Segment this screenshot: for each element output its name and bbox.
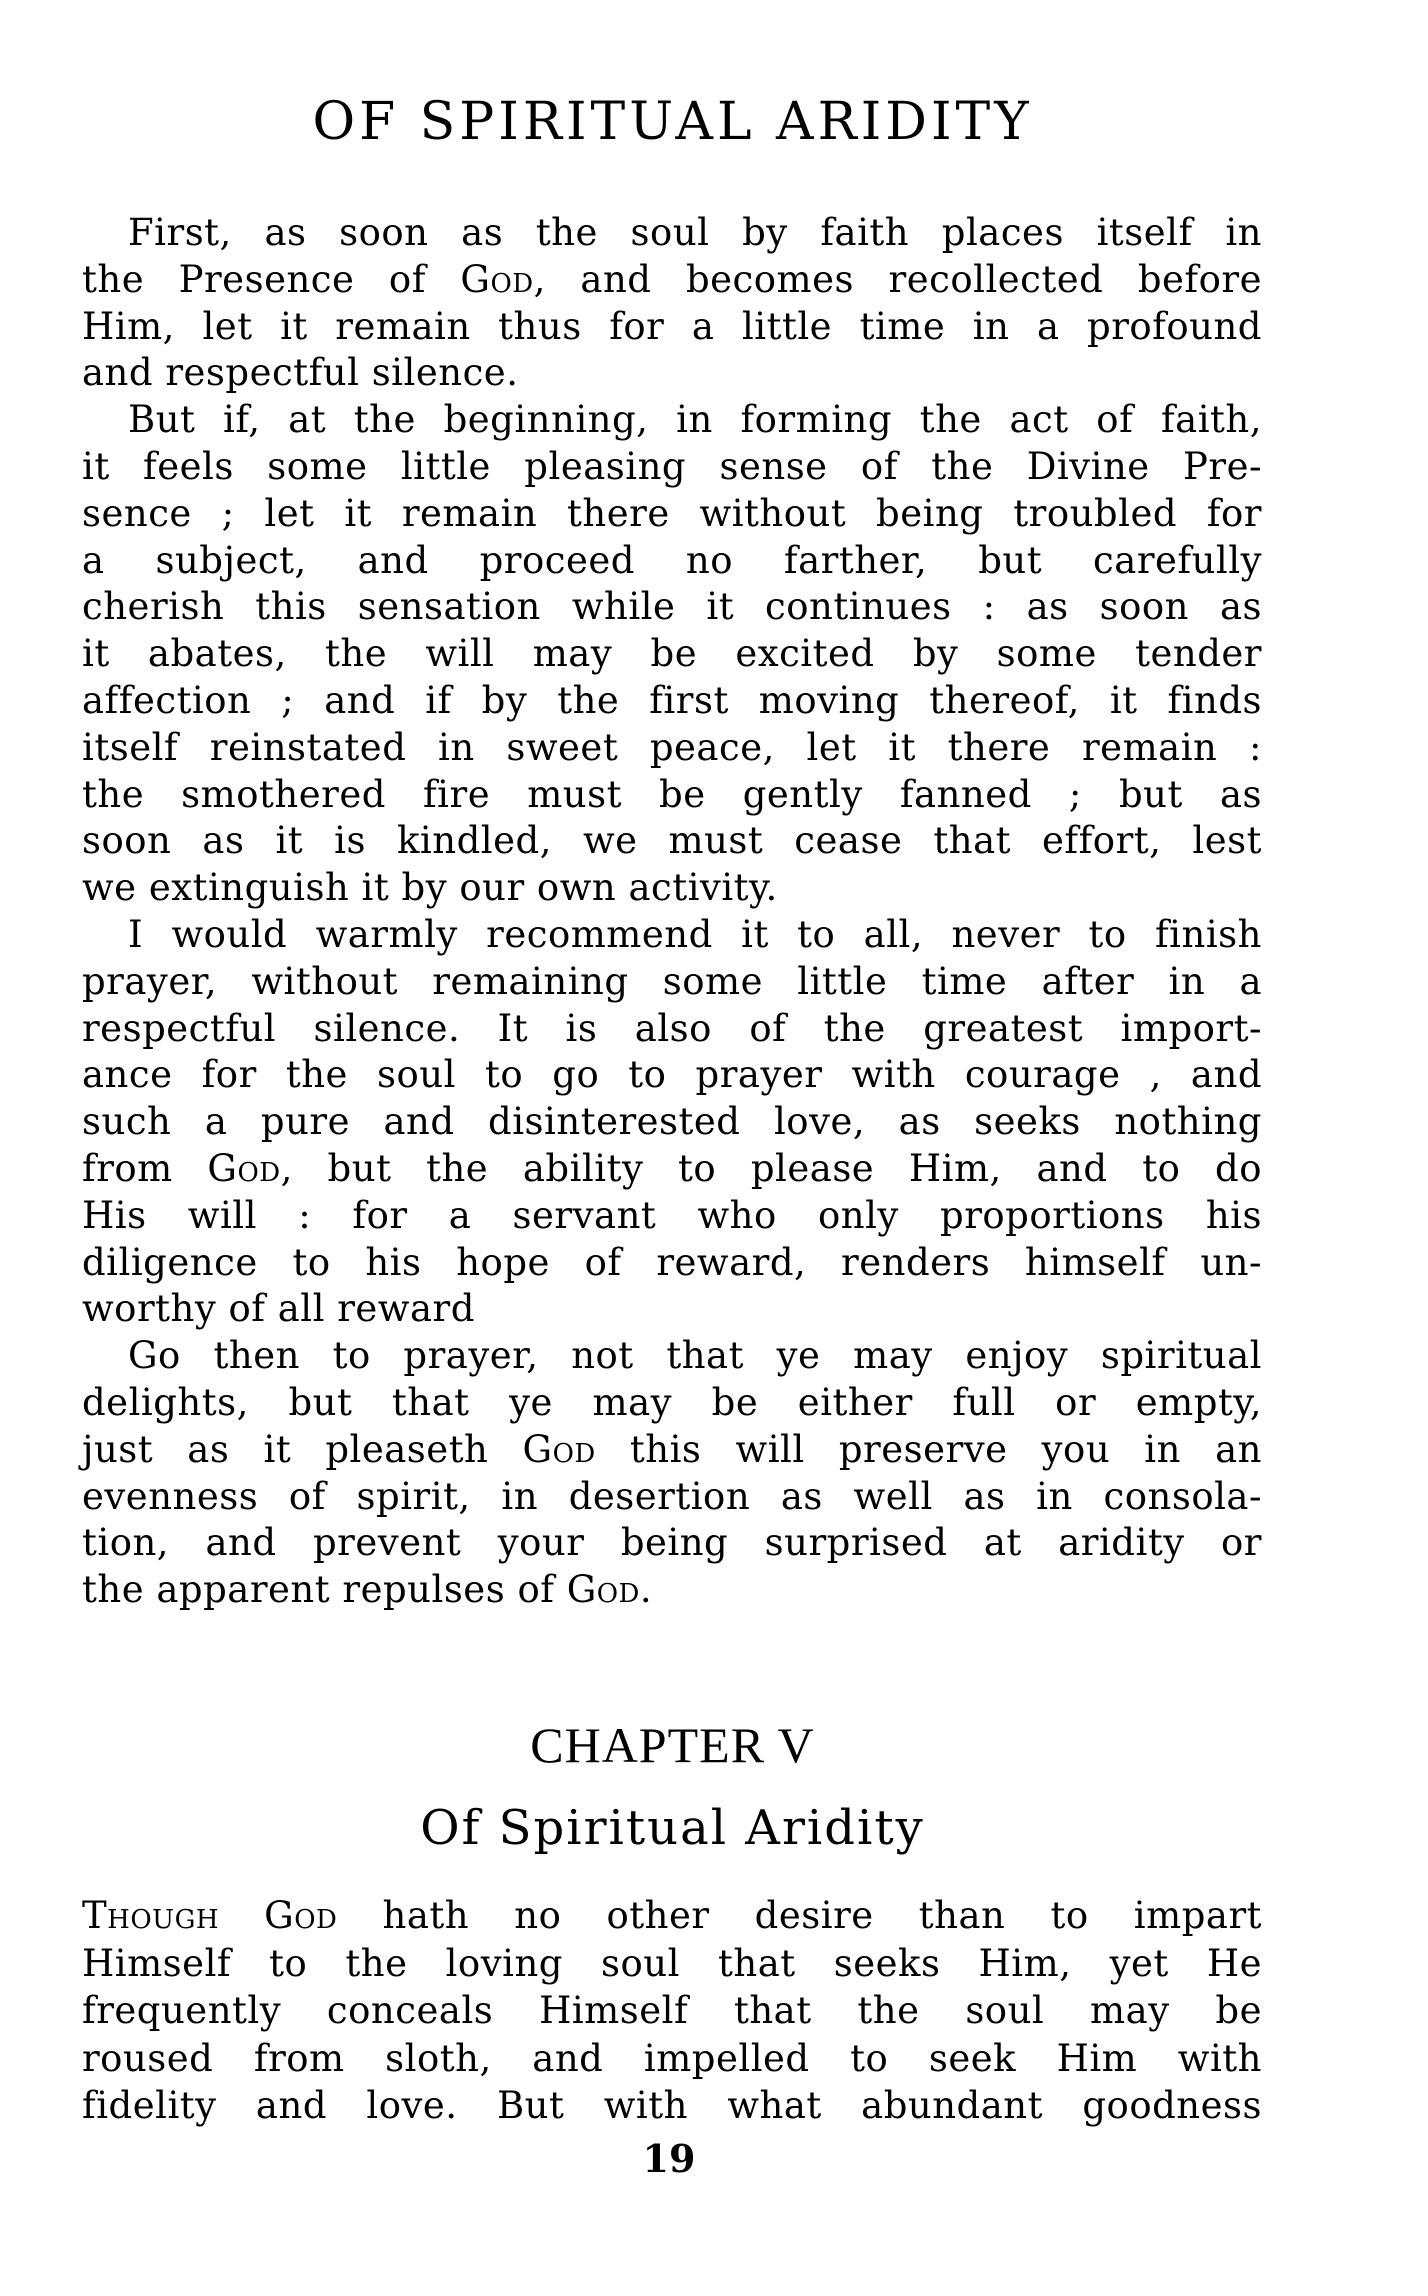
text-segment: the smothered fire must be gently fanned… <box>82 773 1262 816</box>
text-line: fidelity and love. But with what abundan… <box>82 2082 1262 2129</box>
small-caps-word: God <box>207 1147 280 1190</box>
text-segment: prayer, without remaining some little ti… <box>82 960 1262 1003</box>
text-segment: diligence to his hope of reward, renders… <box>82 1241 1262 1284</box>
text-line: affection ; and if by the first moving t… <box>82 677 1262 724</box>
text-line: it abates, the will may be excited by so… <box>82 630 1262 677</box>
text-segment: respectful silence. It is also of the gr… <box>82 1007 1262 1050</box>
text-segment: His will : for a servant who only propor… <box>82 1194 1262 1237</box>
text-line: ance for the soul to go to prayer with c… <box>82 1051 1262 1098</box>
text-segment: roused from sloth, and impelled to seek … <box>82 2037 1262 2080</box>
text-segment: just as it pleaseth <box>82 1428 523 1471</box>
text-segment: this will preserve you in an <box>596 1428 1262 1471</box>
text-line: frequently conceals Himself that the sou… <box>82 1987 1262 2034</box>
text-segment: Himself to the loving soul that seeks Hi… <box>82 1942 1262 1985</box>
small-caps-word: Though <box>82 1894 219 1937</box>
small-caps-word: God <box>567 1568 640 1611</box>
text-line: respectful silence. It is also of the gr… <box>82 1005 1262 1052</box>
text-line: the smothered fire must be gently fanned… <box>82 771 1262 818</box>
text-segment: we extinguish it by our own activity. <box>82 866 778 909</box>
running-head: OF SPIRITUAL ARIDITY <box>0 92 1345 152</box>
text-line: evenness of spirit, in desertion as well… <box>82 1473 1262 1520</box>
text-line: the apparent repulses of God. <box>82 1566 1262 1613</box>
text-segment: . <box>640 1568 652 1611</box>
text-line: worthy of all reward <box>82 1285 1262 1332</box>
text-segment: tion, and prevent your being surprised a… <box>82 1521 1262 1564</box>
text-segment: affection ; and if by the first moving t… <box>82 679 1262 722</box>
text-line: such a pure and disinterested love, as s… <box>82 1098 1262 1145</box>
text-line: Though God hath no other desire than to … <box>82 1892 1262 1939</box>
text-segment: sence ; let it remain there without bein… <box>82 492 1262 535</box>
text-line: it feels some little pleasing sense of t… <box>82 443 1262 490</box>
text-segment: evenness of spirit, in desertion as well… <box>82 1475 1262 1518</box>
text-line: Go then to prayer, not that ye may enjoy… <box>128 1332 1262 1379</box>
text-line: sence ; let it remain there without bein… <box>82 490 1262 537</box>
text-segment: hath no other desire than to impart <box>337 1894 1262 1937</box>
chapter-label: CHAPTER V <box>0 1720 1345 1770</box>
text-segment: a subject, and proceed no farther, but c… <box>82 539 1262 582</box>
text-segment: such a pure and disinterested love, as s… <box>82 1100 1262 1143</box>
text-segment: and respectful silence. <box>82 351 518 394</box>
text-segment: frequently conceals Himself that the sou… <box>82 1989 1262 2032</box>
text-segment: I would warmly recommend it to all, neve… <box>128 913 1262 956</box>
text-segment: the apparent repulses of <box>82 1568 567 1611</box>
text-segment: , and becomes recollected before <box>534 258 1262 301</box>
text-segment: worthy of all reward <box>82 1287 475 1330</box>
text-line: I would warmly recommend it to all, neve… <box>128 911 1262 958</box>
text-segment: soon as it is kindled, we must cease tha… <box>82 819 1262 862</box>
text-segment: the Presence of <box>82 258 460 301</box>
text-line: tion, and prevent your being surprised a… <box>82 1519 1262 1566</box>
text-segment: , but the ability to please Him, and to … <box>281 1147 1262 1190</box>
text-segment: Go then to prayer, not that ye may enjoy… <box>128 1334 1262 1377</box>
text-line: roused from sloth, and impelled to seek … <box>82 2035 1262 2082</box>
text-line: Him, let it remain thus for a little tim… <box>82 303 1262 350</box>
text-line: His will : for a servant who only propor… <box>82 1192 1262 1239</box>
text-line: from God, but the ability to please Him,… <box>82 1145 1262 1192</box>
text-line: But if, at the beginning, in forming the… <box>128 396 1262 443</box>
small-caps-word: God <box>523 1428 596 1471</box>
text-segment: But if, at the beginning, in forming the… <box>128 398 1262 441</box>
text-line: and respectful silence. <box>82 349 1262 396</box>
text-line: Himself to the loving soul that seeks Hi… <box>82 1940 1262 1987</box>
text-segment: it feels some little pleasing sense of t… <box>82 445 1262 488</box>
text-line: just as it pleaseth God this will preser… <box>82 1426 1262 1473</box>
text-segment <box>219 1894 264 1937</box>
page-number: 19 <box>0 2136 1338 2182</box>
text-line: soon as it is kindled, we must cease tha… <box>82 817 1262 864</box>
small-caps-word: God <box>264 1894 337 1937</box>
chapter-title: Of Spiritual Aridity <box>0 1798 1345 1858</box>
text-segment: from <box>82 1147 207 1190</box>
text-segment: it abates, the will may be excited by so… <box>82 632 1262 675</box>
text-line: delights, but that ye may be either full… <box>82 1379 1262 1426</box>
text-line: diligence to his hope of reward, renders… <box>82 1239 1262 1286</box>
text-segment: cherish this sensation while it continue… <box>82 585 1262 628</box>
small-caps-word: God <box>460 258 533 301</box>
text-segment: delights, but that ye may be either full… <box>82 1381 1262 1424</box>
text-line: First, as soon as the soul by faith plac… <box>128 209 1262 256</box>
text-segment: Him, let it remain thus for a little tim… <box>82 305 1262 348</box>
text-line: the Presence of God, and becomes recolle… <box>82 256 1262 303</box>
text-segment: fidelity and love. But with what abundan… <box>82 2084 1262 2127</box>
text-segment: First, as soon as the soul by faith plac… <box>128 211 1262 254</box>
book-page: OF SPIRITUAL ARIDITY First, as soon as t… <box>0 0 1428 2296</box>
text-segment: itself reinstated in sweet peace, let it… <box>82 726 1262 769</box>
text-segment: ance for the soul to go to prayer with c… <box>82 1053 1262 1096</box>
text-line: a subject, and proceed no farther, but c… <box>82 537 1262 584</box>
text-line: cherish this sensation while it continue… <box>82 583 1262 630</box>
text-line: we extinguish it by our own activity. <box>82 864 1262 911</box>
text-line: itself reinstated in sweet peace, let it… <box>82 724 1262 771</box>
text-line: prayer, without remaining some little ti… <box>82 958 1262 1005</box>
